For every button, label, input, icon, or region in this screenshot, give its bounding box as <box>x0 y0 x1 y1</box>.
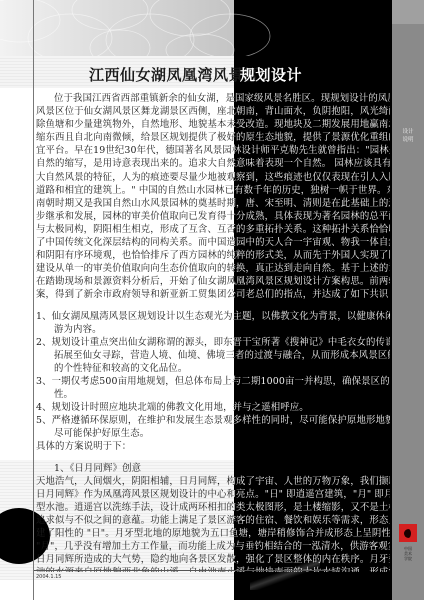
footer-rule <box>34 570 340 571</box>
title-sub: 规划设计 <box>240 63 302 87</box>
margin-rule <box>33 0 34 600</box>
side-strip <box>392 0 424 600</box>
academy-logo-icon <box>399 524 417 542</box>
footer-date: 2004.1.15 <box>36 574 61 580</box>
page-title: 江西仙女湖凤凰湾风景区 规划设计 <box>34 63 392 87</box>
title-main: 江西仙女湖凤凰湾风景区 <box>89 63 260 87</box>
decorative-circles-icon <box>0 0 392 56</box>
logo-mark-icon <box>404 529 413 538</box>
side-strip-top <box>392 0 424 24</box>
document-page: 江西仙女湖凤凰湾风景区 规划设计 位于我国江西省西部重镇新余的仙女湖，是国家级风… <box>0 0 424 600</box>
academy-name: 中国美术学院 <box>404 546 412 561</box>
section-side-label: 设计说明 <box>402 128 414 144</box>
